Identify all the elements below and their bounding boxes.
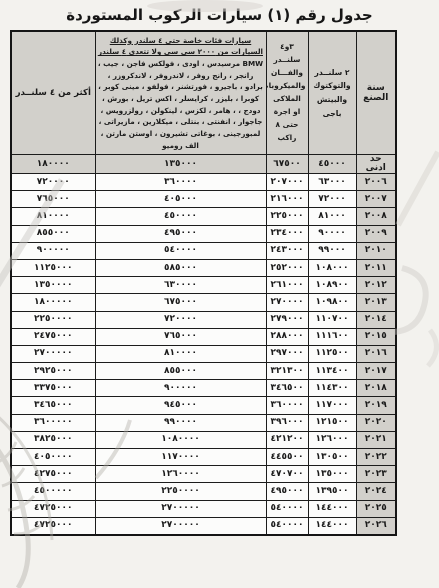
table-row: ٢٠٢٣١٣٥٠٠٠٤٧٠٧٠٠١٢٦٠٠٠٠٤٢٧٥٠٠٠ [11, 466, 396, 483]
cell-year: ٢٠١١ [356, 259, 396, 276]
table-row: ٢٠١١١٠٨٠٠٠٢٥٢٠٠٠٥٨٥٠٠٠١١٢٥٠٠٠ [11, 259, 396, 276]
cell-special: ٣٦٠٠٠٠ [95, 174, 266, 191]
cell-year: ٢٠١٢ [356, 277, 396, 294]
cell-more4: ٧٦٥٠٠٠ [11, 191, 95, 208]
cell-special: ٧٢٠٠٠٠ [95, 311, 266, 328]
cell-cyl2: ١١٠٧٠٠ [308, 311, 356, 328]
cell-cyl34: ٤٤٥٥٠٠ [266, 449, 308, 466]
cell-cyl2: ١١٤٣٠٠ [308, 380, 356, 397]
cell-cyl34: ٣٤٦٥٠٠ [266, 380, 308, 397]
cell-year: ٢٠٢٠ [356, 414, 396, 431]
cell-special: ٩٠٠٠٠٠ [95, 380, 266, 397]
cell-year: ٢٠١٠ [356, 242, 396, 259]
cell-cyl2: ٦٣٠٠٠ [308, 174, 356, 191]
cell-year: ٢٠٢١ [356, 431, 396, 448]
table-row: ٢٠٢٤١٣٩٥٠٠٤٩٥٠٠٠٢٢٥٠٠٠٠٤٥٠٠٠٠٠ [11, 483, 396, 500]
cell-year: ٢٠٢٢ [356, 449, 396, 466]
cell-cyl2: ١٠٨٠٠٠ [308, 259, 356, 276]
special-header-underlined-text: سيارات فئات خاصة حتى ٤ سلندر وكذلك السيا… [98, 36, 263, 57]
table-row: ٢٠١٨١١٤٣٠٠٣٤٦٥٠٠٩٠٠٠٠٠٣٣٧٥٠٠٠ [11, 380, 396, 397]
table-row: ٢٠٠٧٧٢٠٠٠٢١٦٠٠٠٤٠٥٠٠٠٧٦٥٠٠٠ [11, 191, 396, 208]
cell-year: ٢٠١٩ [356, 397, 396, 414]
cell-more4: ٧٢٠٠٠٠ [11, 174, 95, 191]
cell-year: ٢٠١٨ [356, 380, 396, 397]
cell-cyl2: ١١٣٤٠٠ [308, 363, 356, 380]
cell-year: ٢٠٢٣ [356, 466, 396, 483]
cell-more4: ٤٥٠٠٠٠٠ [11, 483, 95, 500]
cell-cyl34: ٥٤٠٠٠٠ [266, 500, 308, 517]
cell-special: ٨١٠٠٠٠ [95, 345, 266, 362]
table-row: ٢٠١٢١٠٨٩٠٠٢٦١٠٠٠٦٣٠٠٠٠١٣٥٠٠٠٠ [11, 277, 396, 294]
watermark-swirl-right [394, 268, 426, 332]
imported-cars-price-table: سنة الصنع ٢ سلنــدر والتوكتوك والبيتش با… [10, 30, 397, 536]
cell-year: ٢٠٠٧ [356, 191, 396, 208]
cell-cyl34: ٤٧٠٧٠٠ [266, 466, 308, 483]
cell-cyl2: ١٢٦٠٠٠ [308, 431, 356, 448]
cell-cyl2: ١٠٩٨٠٠ [308, 294, 356, 311]
scanned-document-page: جدول رقم (١) سيارات الركوب المستوردة سنة… [0, 0, 439, 588]
cell-special: ٩٤٥٠٠٠ [95, 397, 266, 414]
cell-year: ٢٠٢٥ [356, 500, 396, 517]
cell-cyl2: ١٤٤٠٠٠ [308, 500, 356, 517]
table-row: ٢٠٢٢١٣٠٥٠٠٤٤٥٥٠٠١١٧٠٠٠٠٤٠٥٠٠٠٠ [11, 449, 396, 466]
cell-year: ٢٠٠٩ [356, 225, 396, 242]
cell-special: ٢٧٠٠٠٠٠ [95, 500, 266, 517]
cell-cyl34: ٢٠٧٠٠٠ [266, 174, 308, 191]
cell-special: ٥٤٠٠٠٠ [95, 242, 266, 259]
cell-cyl2: ١٣٠٥٠٠ [308, 449, 356, 466]
cell-more4: ٩٠٠٠٠٠ [11, 242, 95, 259]
cell-year: ٢٠٢٤ [356, 483, 396, 500]
header-row: سنة الصنع ٢ سلنــدر والتوكتوك والبيتش با… [11, 31, 396, 155]
table-row: ٢٠٢٠١٢١٥٠٠٣٩٦٠٠٠٩٩٠٠٠٠٣٦٠٠٠٠٠ [11, 414, 396, 431]
cell-cyl34: ٥٤٠٠٠٠ [266, 517, 308, 535]
cell-year: ٢٠٠٦ [356, 174, 396, 191]
watermark-diagonal-right-top [398, 152, 438, 225]
cell-more4: ٢٧٠٠٠٠٠ [11, 345, 95, 362]
cell-special: ٤٥٠٠٠٠ [95, 208, 266, 225]
table-row: ٢٠١٠٩٩٠٠٠٢٤٣٠٠٠٥٤٠٠٠٠٩٠٠٠٠٠ [11, 242, 396, 259]
cell-year: ٢٠١٦ [356, 345, 396, 362]
cell-cyl2: ١١٧٠٠٠ [308, 397, 356, 414]
cell-more4: ٣٨٢٥٠٠٠ [11, 431, 95, 448]
column-header-special-categories: سيارات فئات خاصة حتى ٤ سلندر وكذلك السيا… [95, 31, 266, 155]
column-header-2cylinder: ٢ سلنــدر والتوكتوك والبيتش باجى [308, 31, 356, 155]
cell-cyl2: ٤٥٠٠٠ [308, 155, 356, 174]
cell-cyl2: ٨١٠٠٠ [308, 208, 356, 225]
table-row: ٢٠٢١١٢٦٠٠٠٤٢١٢٠٠١٠٨٠٠٠٠٣٨٢٥٠٠٠ [11, 431, 396, 448]
table-row: ٢٠١٤١١٠٧٠٠٢٧٩٠٠٠٧٢٠٠٠٠٢٢٥٠٠٠٠ [11, 311, 396, 328]
cell-more4: ١٨٠٠٠٠ [11, 155, 95, 174]
cell-special: ٢٧٠٠٠٠٠ [95, 517, 266, 535]
cell-year: ٢٠٠٨ [356, 208, 396, 225]
table-row: ٢٠١٥١١١٦٠٠٢٨٨٠٠٠٧٦٥٠٠٠٢٤٧٥٠٠٠ [11, 328, 396, 345]
cell-more4: ٢٩٢٥٠٠٠ [11, 363, 95, 380]
cell-more4: ٣٤٦٥٠٠٠ [11, 397, 95, 414]
table-body: حد ادنى٤٥٠٠٠٦٧٥٠٠١٣٥٠٠٠١٨٠٠٠٠٢٠٠٦٦٣٠٠٠٢٠… [11, 155, 396, 535]
page-title: جدول رقم (١) سيارات الركوب المستوردة [0, 6, 439, 24]
cell-cyl34: ٤٢١٢٠٠ [266, 431, 308, 448]
cell-cyl2: ١٤٤٠٠٠ [308, 517, 356, 535]
table-row: ٢٠٢٦١٤٤٠٠٠٥٤٠٠٠٠٢٧٠٠٠٠٠٤٧٢٥٠٠٠ [11, 517, 396, 535]
cell-cyl34: ٢٥٢٠٠٠ [266, 259, 308, 276]
cell-cyl34: ٢٩٧٠٠٠ [266, 345, 308, 362]
cell-year: ٢٠١٥ [356, 328, 396, 345]
cell-cyl2: ١١١٦٠٠ [308, 328, 356, 345]
cell-year: ٢٠١٣ [356, 294, 396, 311]
column-header-year: سنة الصنع [356, 31, 396, 155]
cell-more4: ١٨٠٠٠٠٠ [11, 294, 95, 311]
cell-year: حد ادنى [356, 155, 396, 174]
table-row: ٢٠١٩١١٧٠٠٠٣٦٠٠٠٠٩٤٥٠٠٠٣٤٦٥٠٠٠ [11, 397, 396, 414]
table-row: ٢٠٢٥١٤٤٠٠٠٥٤٠٠٠٠٢٧٠٠٠٠٠٤٧٢٥٠٠٠ [11, 500, 396, 517]
cell-cyl34: ٣٩٦٠٠٠ [266, 414, 308, 431]
cell-more4: ٨١٠٠٠٠ [11, 208, 95, 225]
cell-cyl34: ٢١٦٠٠٠ [266, 191, 308, 208]
cell-cyl34: ٢٨٨٠٠٠ [266, 328, 308, 345]
cell-special: ١٠٨٠٠٠٠ [95, 431, 266, 448]
cell-special: ٦٧٥٠٠٠ [95, 294, 266, 311]
cell-cyl2: ٩٠٠٠٠ [308, 225, 356, 242]
cell-cyl34: ٣٦٠٠٠٠ [266, 397, 308, 414]
cell-special: ٢٢٥٠٠٠٠ [95, 483, 266, 500]
cell-special: ٤٠٥٠٠٠ [95, 191, 266, 208]
cell-cyl2: ١٠٨٩٠٠ [308, 277, 356, 294]
cell-cyl34: ٢٤٣٠٠٠ [266, 242, 308, 259]
table-row: ٢٠٠٦٦٣٠٠٠٢٠٧٠٠٠٣٦٠٠٠٠٧٢٠٠٠٠ [11, 174, 396, 191]
cell-cyl34: ٢٧٩٠٠٠ [266, 311, 308, 328]
cell-special: ٥٨٥٠٠٠ [95, 259, 266, 276]
cell-special: ٩٩٠٠٠٠ [95, 414, 266, 431]
cell-cyl2: ١٣٥٠٠٠ [308, 466, 356, 483]
cell-special: ٦٣٠٠٠٠ [95, 277, 266, 294]
cell-more4: ٤٧٢٥٠٠٠ [11, 517, 95, 535]
cell-more4: ٣٦٠٠٠٠٠ [11, 414, 95, 431]
cell-cyl2: ٩٩٠٠٠ [308, 242, 356, 259]
cell-cyl34: ٣٢١٣٠٠ [266, 363, 308, 380]
cell-cyl2: ١١٢٥٠٠ [308, 345, 356, 362]
cell-more4: ٤٢٧٥٠٠٠ [11, 466, 95, 483]
cell-cyl2: ٧٢٠٠٠ [308, 191, 356, 208]
cell-year: ٢٠١٤ [356, 311, 396, 328]
cell-more4: ٣٣٧٥٠٠٠ [11, 380, 95, 397]
cell-special: ١٢٦٠٠٠٠ [95, 466, 266, 483]
cell-more4: ١٣٥٠٠٠٠ [11, 277, 95, 294]
cell-special: ١١٧٠٠٠٠ [95, 449, 266, 466]
cell-cyl34: ٢٢٥٠٠٠ [266, 208, 308, 225]
cell-more4: ١١٢٥٠٠٠ [11, 259, 95, 276]
cell-cyl2: ١٣٩٥٠٠ [308, 483, 356, 500]
cell-more4: ٢٢٥٠٠٠٠ [11, 311, 95, 328]
cell-special: ٧٦٥٠٠٠ [95, 328, 266, 345]
cell-special: ١٣٥٠٠٠ [95, 155, 266, 174]
table-row: ٢٠٠٨٨١٠٠٠٢٢٥٠٠٠٤٥٠٠٠٠٨١٠٠٠٠ [11, 208, 396, 225]
column-header-3-4cylinder: ٣و٤ سلنــدر والفـــان والميكروباص الملاك… [266, 31, 308, 155]
cell-cyl2: ١٢١٥٠٠ [308, 414, 356, 431]
cell-special: ٤٩٥٠٠٠ [95, 225, 266, 242]
cell-cyl34: ٤٩٥٠٠٠ [266, 483, 308, 500]
special-header-brands-text: BMW مرسيدس ، اودى ، فولكس فاجن ، جيب ، ر… [98, 59, 263, 150]
column-header-more-than-4cylinder: أكثر من ٤ سلنــدر [11, 31, 95, 155]
table-row: ٢٠١٣١٠٩٨٠٠٢٧٠٠٠٠٦٧٥٠٠٠١٨٠٠٠٠٠ [11, 294, 396, 311]
table-row: ٢٠١٧١١٣٤٠٠٣٢١٣٠٠٨٥٥٠٠٠٢٩٢٥٠٠٠ [11, 363, 396, 380]
table-row: ٢٠١٦١١٢٥٠٠٢٩٧٠٠٠٨١٠٠٠٠٢٧٠٠٠٠٠ [11, 345, 396, 362]
cell-special: ٨٥٥٠٠٠ [95, 363, 266, 380]
cell-more4: ٨٥٥٠٠٠ [11, 225, 95, 242]
cell-cyl34: ٢٣٤٠٠٠ [266, 225, 308, 242]
table-row: ٢٠٠٩٩٠٠٠٠٢٣٤٠٠٠٤٩٥٠٠٠٨٥٥٠٠٠ [11, 225, 396, 242]
table-header: سنة الصنع ٢ سلنــدر والتوكتوك والبيتش با… [11, 31, 396, 155]
cell-cyl34: ٢٦١٠٠٠ [266, 277, 308, 294]
cell-year: ٢٠١٧ [356, 363, 396, 380]
cell-more4: ٢٤٧٥٠٠٠ [11, 328, 95, 345]
cell-cyl34: ٢٧٠٠٠٠ [266, 294, 308, 311]
watermark-swirl-right-2 [428, 330, 437, 366]
cell-more4: ٤٠٥٠٠٠٠ [11, 449, 95, 466]
cell-year: ٢٠٢٦ [356, 517, 396, 535]
cell-cyl34: ٦٧٥٠٠ [266, 155, 308, 174]
table-row: حد ادنى٤٥٠٠٠٦٧٥٠٠١٣٥٠٠٠١٨٠٠٠٠ [11, 155, 396, 174]
cell-more4: ٤٧٢٥٠٠٠ [11, 500, 95, 517]
